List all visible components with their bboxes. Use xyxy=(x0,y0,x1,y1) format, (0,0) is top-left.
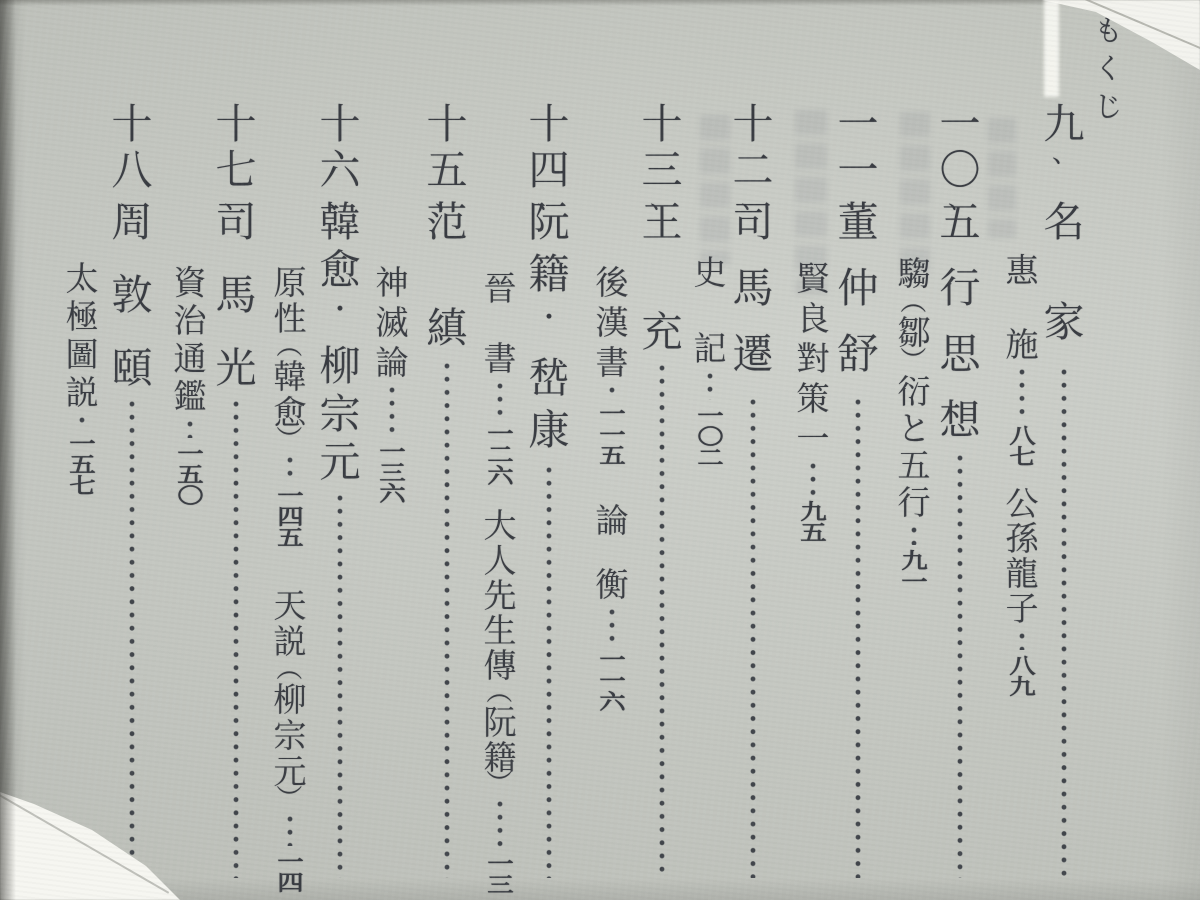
toc-sub-text-char: 太 xyxy=(60,258,104,294)
toc-title-char: 縝 xyxy=(425,302,469,346)
toc-sub-text-char: 子 xyxy=(1000,588,1044,624)
dot-leader xyxy=(640,362,684,878)
dot-leader xyxy=(938,452,982,878)
toc-sub-text-char: 鄒 xyxy=(892,312,936,348)
toc-sub-text-char: 施 xyxy=(1000,324,1044,360)
toc-sub-column: 賢良對策一九五 xyxy=(791,0,835,900)
toc-entry-heading: 九、名家 xyxy=(1042,0,1086,900)
toc-entry-number: 十 xyxy=(640,98,684,142)
toc-sub-text-char: 良 xyxy=(791,298,835,334)
toc-sub-text-char: 一 xyxy=(791,418,835,454)
toc-sub-column: 後漢書一一五論衡一一六 xyxy=(590,0,634,900)
interpunct: ・ xyxy=(527,300,571,330)
dot-leader xyxy=(168,418,212,438)
toc-sub-text-char: 治 xyxy=(168,300,212,336)
toc-title-char: 馬 xyxy=(214,269,258,313)
paren-char: ） xyxy=(268,428,312,448)
dot-leader xyxy=(1042,366,1086,878)
toc-entry-heading: 十五、范縝 xyxy=(425,0,469,900)
toc-entry-number: 十 xyxy=(425,98,469,142)
dot-leader xyxy=(1000,366,1044,420)
toc-page-number-char: 三 xyxy=(478,873,522,894)
toc-title-char: 名 xyxy=(1042,196,1086,240)
toc-sub-column: 資治通鑑一五〇 xyxy=(168,0,212,900)
dot-leader xyxy=(590,606,634,644)
toc-title-char: 家 xyxy=(1042,296,1086,340)
toc-entry-number: 十 xyxy=(527,98,571,142)
toc-sub-text-char: 衡 xyxy=(590,564,634,600)
toc-sub-text-char: 神 xyxy=(370,262,414,298)
toc-title-char: 想 xyxy=(938,394,982,438)
book-page-photo: もくじ 九、名家惠施八七公孫龍子八九一〇、五行思想騶（鄒）衍と五行九一一一、董仲… xyxy=(0,0,1200,900)
dot-leader xyxy=(478,798,522,848)
toc-sub-column: 神滅論一三六 xyxy=(370,0,414,900)
dot-leader xyxy=(214,398,258,878)
toc-sub-text-char: 圖 xyxy=(60,334,104,370)
toc-sub-column: 騶（鄒）衍と五行九一 xyxy=(892,0,936,900)
toc-sub-text-char: 策 xyxy=(791,378,835,414)
toc-page-number-char: 六 xyxy=(478,464,522,485)
dot-leader xyxy=(836,396,880,878)
interpunct: ・ xyxy=(318,292,362,322)
toc-title-char: 五 xyxy=(938,196,982,240)
toc-sub-text-char: 極 xyxy=(60,296,104,332)
toc-entry-heading: 十六、韓愈・柳宗元 xyxy=(318,0,362,900)
toc-entry-number: 十 xyxy=(731,98,775,142)
toc-title-char: 馬 xyxy=(731,262,775,306)
toc-sub-text-char: 漢 xyxy=(590,302,634,338)
toc-sub-text-char: 資 xyxy=(168,262,212,298)
toc-sub-text-char: 説 xyxy=(60,372,104,408)
toc-sub-text-char: 論 xyxy=(590,500,634,536)
toc-page-number-char: 五 xyxy=(590,444,634,465)
toc-sub-column: 晉書一二六大人先生傳（阮籍）一三 xyxy=(478,0,522,900)
dot-leader xyxy=(731,396,775,878)
toc-sub-text-char: 滅 xyxy=(370,302,414,338)
toc-sub-text-char: 對 xyxy=(791,338,835,374)
dot-leader xyxy=(1000,630,1044,650)
toc-entry-number: 十 xyxy=(214,98,258,142)
toc-title-char: 遷 xyxy=(731,328,775,372)
dot-leader xyxy=(370,384,414,436)
toc-header: もくじ xyxy=(1084,2,1128,142)
toc-title-char: 思 xyxy=(938,328,982,372)
toc-sub-text-char: 説 xyxy=(268,621,312,657)
paren-char: ） xyxy=(478,772,522,792)
toc-title-char: 韓 xyxy=(318,196,362,240)
toc-entry-number: 一 xyxy=(836,98,880,142)
dot-leader xyxy=(110,398,154,878)
toc-title-char: 宗 xyxy=(318,388,362,432)
toc-sub-text-char: 行 xyxy=(892,482,936,518)
dot-leader xyxy=(60,414,104,428)
dot-leader xyxy=(268,454,312,480)
toc-sub-text-char: 騶 xyxy=(892,253,936,289)
toc-sub-text-char: 後 xyxy=(590,262,634,298)
toc-title-char: 光 xyxy=(214,342,258,386)
toc-sub-column: 史記一〇二 xyxy=(688,0,732,900)
toc-title-char: 舒 xyxy=(836,328,880,372)
dot-leader xyxy=(590,384,634,398)
toc-sub-text-char: 元 xyxy=(268,751,312,787)
toc-sub-column: 太極圖説一五七 xyxy=(60,0,104,900)
toc-title-char: 柳 xyxy=(318,340,362,384)
toc-page-number-char: 五 xyxy=(791,521,835,542)
toc-title-char: 周 xyxy=(110,196,154,240)
dot-leader xyxy=(478,380,522,418)
toc-sub-column: 惠施八七公孫龍子八九 xyxy=(1000,0,1044,900)
toc-title-char: 元 xyxy=(318,436,362,480)
toc-title-char: 范 xyxy=(425,196,469,240)
toc-page-number-char: 五 xyxy=(268,526,312,547)
toc-entry-heading: 十七、司馬光 xyxy=(214,0,258,900)
toc-page-number-char: 七 xyxy=(60,474,104,495)
toc-title-char: 仲 xyxy=(836,262,880,306)
toc-sub-text-char: 記 xyxy=(688,328,732,364)
dot-leader xyxy=(527,464,571,878)
toc-entry-number: 十 xyxy=(318,98,362,142)
toc-entry-number: 一 xyxy=(938,98,982,142)
toc-entry-number: 十 xyxy=(110,98,154,142)
toc-page-number-char: 〇 xyxy=(168,484,212,505)
toc-page-number-char: 九 xyxy=(1000,675,1044,696)
toc-page-number-char: 四 xyxy=(268,871,312,892)
dot-leader xyxy=(791,460,835,496)
photo-left-shadow xyxy=(0,0,16,900)
toc-title-char: 康 xyxy=(527,404,571,448)
toc-title-char: 愈 xyxy=(318,244,362,288)
toc-entry-heading: 一一、董仲舒 xyxy=(836,0,880,900)
toc-page-number-char: 六 xyxy=(370,482,414,503)
toc-sub-text-char: 籍 xyxy=(478,737,522,773)
toc-entry-comma: 、 xyxy=(1042,140,1086,162)
toc-sub-text-char: 性 xyxy=(268,298,312,334)
dot-leader xyxy=(892,524,936,545)
toc-title-char: 籍 xyxy=(527,248,571,292)
toc-sub-text-char: 論 xyxy=(370,342,414,378)
toc-sub-text-char: 鑑 xyxy=(168,376,212,412)
toc-page-number-char: 六 xyxy=(590,690,634,711)
toc-page-number-char: 二 xyxy=(688,446,732,467)
dot-leader xyxy=(268,813,312,846)
toc-title-char: 阮 xyxy=(527,196,571,240)
toc-page-number-char: 七 xyxy=(1000,445,1044,466)
toc-title-char: 頤 xyxy=(110,342,154,386)
toc-sub-column: 原性（韓愈）一四五天説（柳宗元）一四 xyxy=(268,0,312,900)
toc-entry-heading: 十二、司馬遷 xyxy=(731,0,775,900)
toc-sub-text-char: 晉 xyxy=(478,268,522,304)
toc-entry-heading: 十八、周敦頤 xyxy=(110,0,154,900)
toc-title-char: 充 xyxy=(640,306,684,350)
toc-page-number-char: 一 xyxy=(892,570,936,591)
toc-sub-text-char: 書 xyxy=(590,342,634,378)
toc-sub-text-char: 傳 xyxy=(478,645,522,681)
toc-title-char: 司 xyxy=(214,196,258,240)
dot-leader xyxy=(425,360,469,878)
toc-title-char: 王 xyxy=(640,196,684,240)
toc-sub-text-char: 史 xyxy=(688,252,732,288)
toc-sub-text-char: 愈 xyxy=(268,392,312,428)
toc-sub-text-char: 惠 xyxy=(1000,250,1044,286)
dot-leader xyxy=(318,492,362,878)
toc-entry-heading: 十四、阮籍・嵆康 xyxy=(527,0,571,900)
toc-title-char: 董 xyxy=(836,196,880,240)
toc-entry-heading: 一〇、五行思想 xyxy=(938,0,982,900)
dot-leader xyxy=(688,370,732,400)
toc-entry-heading: 十三、王充 xyxy=(640,0,684,900)
toc-title-char: 行 xyxy=(938,262,982,306)
toc-sub-text-char: 賢 xyxy=(791,258,835,294)
toc-title-char: 司 xyxy=(731,196,775,240)
toc-sub-text-char: 通 xyxy=(168,338,212,374)
toc-title-char: 嵆 xyxy=(527,352,571,396)
toc-sub-text-char: 書 xyxy=(478,338,522,374)
toc-title-char: 敦 xyxy=(110,269,154,313)
paren-char: ） xyxy=(268,787,312,807)
